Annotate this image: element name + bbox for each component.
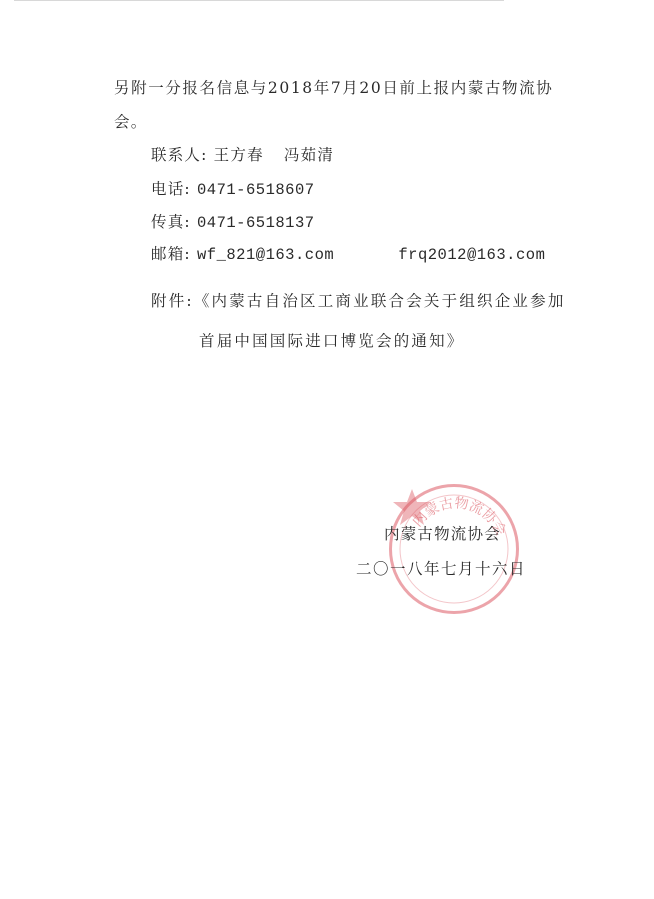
fax-number: 0471-6518137	[197, 214, 315, 232]
paragraph-line-1: 另附一分报名信息与2018年7月20日前上报内蒙古物流协	[114, 76, 553, 98]
email-1: wf_821@163.com	[197, 246, 334, 264]
attachment-line-1: 附件:《内蒙古自治区工商业联合会关于组织企业参加	[151, 289, 566, 311]
email-2: frq2012@163.com	[398, 246, 545, 264]
attachment-title-1: 《内蒙古自治区工商业联合会关于组织企业参加	[194, 292, 566, 310]
attachment-label: 附件:	[151, 292, 194, 310]
attachment-line-2: 首届中国国际进口博览会的通知》	[199, 329, 465, 351]
fax-label: 传真:	[151, 213, 191, 231]
phone-line: 电话: 0471-6518607	[151, 177, 315, 199]
phone-number: 0471-6518607	[197, 181, 315, 199]
official-seal: 内蒙古物流协会	[389, 484, 519, 614]
signature-date: 二〇一八年七月十六日	[356, 557, 526, 579]
page-top-edge	[14, 0, 504, 1]
email-label: 邮箱:	[151, 245, 191, 263]
phone-label: 电话:	[151, 180, 191, 198]
contact-person-1: 王方春	[214, 146, 264, 164]
fax-line: 传真: 0471-6518137	[151, 210, 315, 232]
contact-persons: 联系人: 王方春 冯茹清	[151, 143, 334, 165]
contact-person-label: 联系人:	[151, 146, 208, 164]
seal-star-icon	[392, 487, 432, 527]
paragraph-line-2: 会。	[114, 110, 147, 132]
contact-person-2: 冯茹清	[284, 146, 334, 164]
email-line: 邮箱: wf_821@163.com frq2012@163.com	[151, 242, 545, 264]
signature-organization: 内蒙古物流协会	[384, 522, 501, 544]
